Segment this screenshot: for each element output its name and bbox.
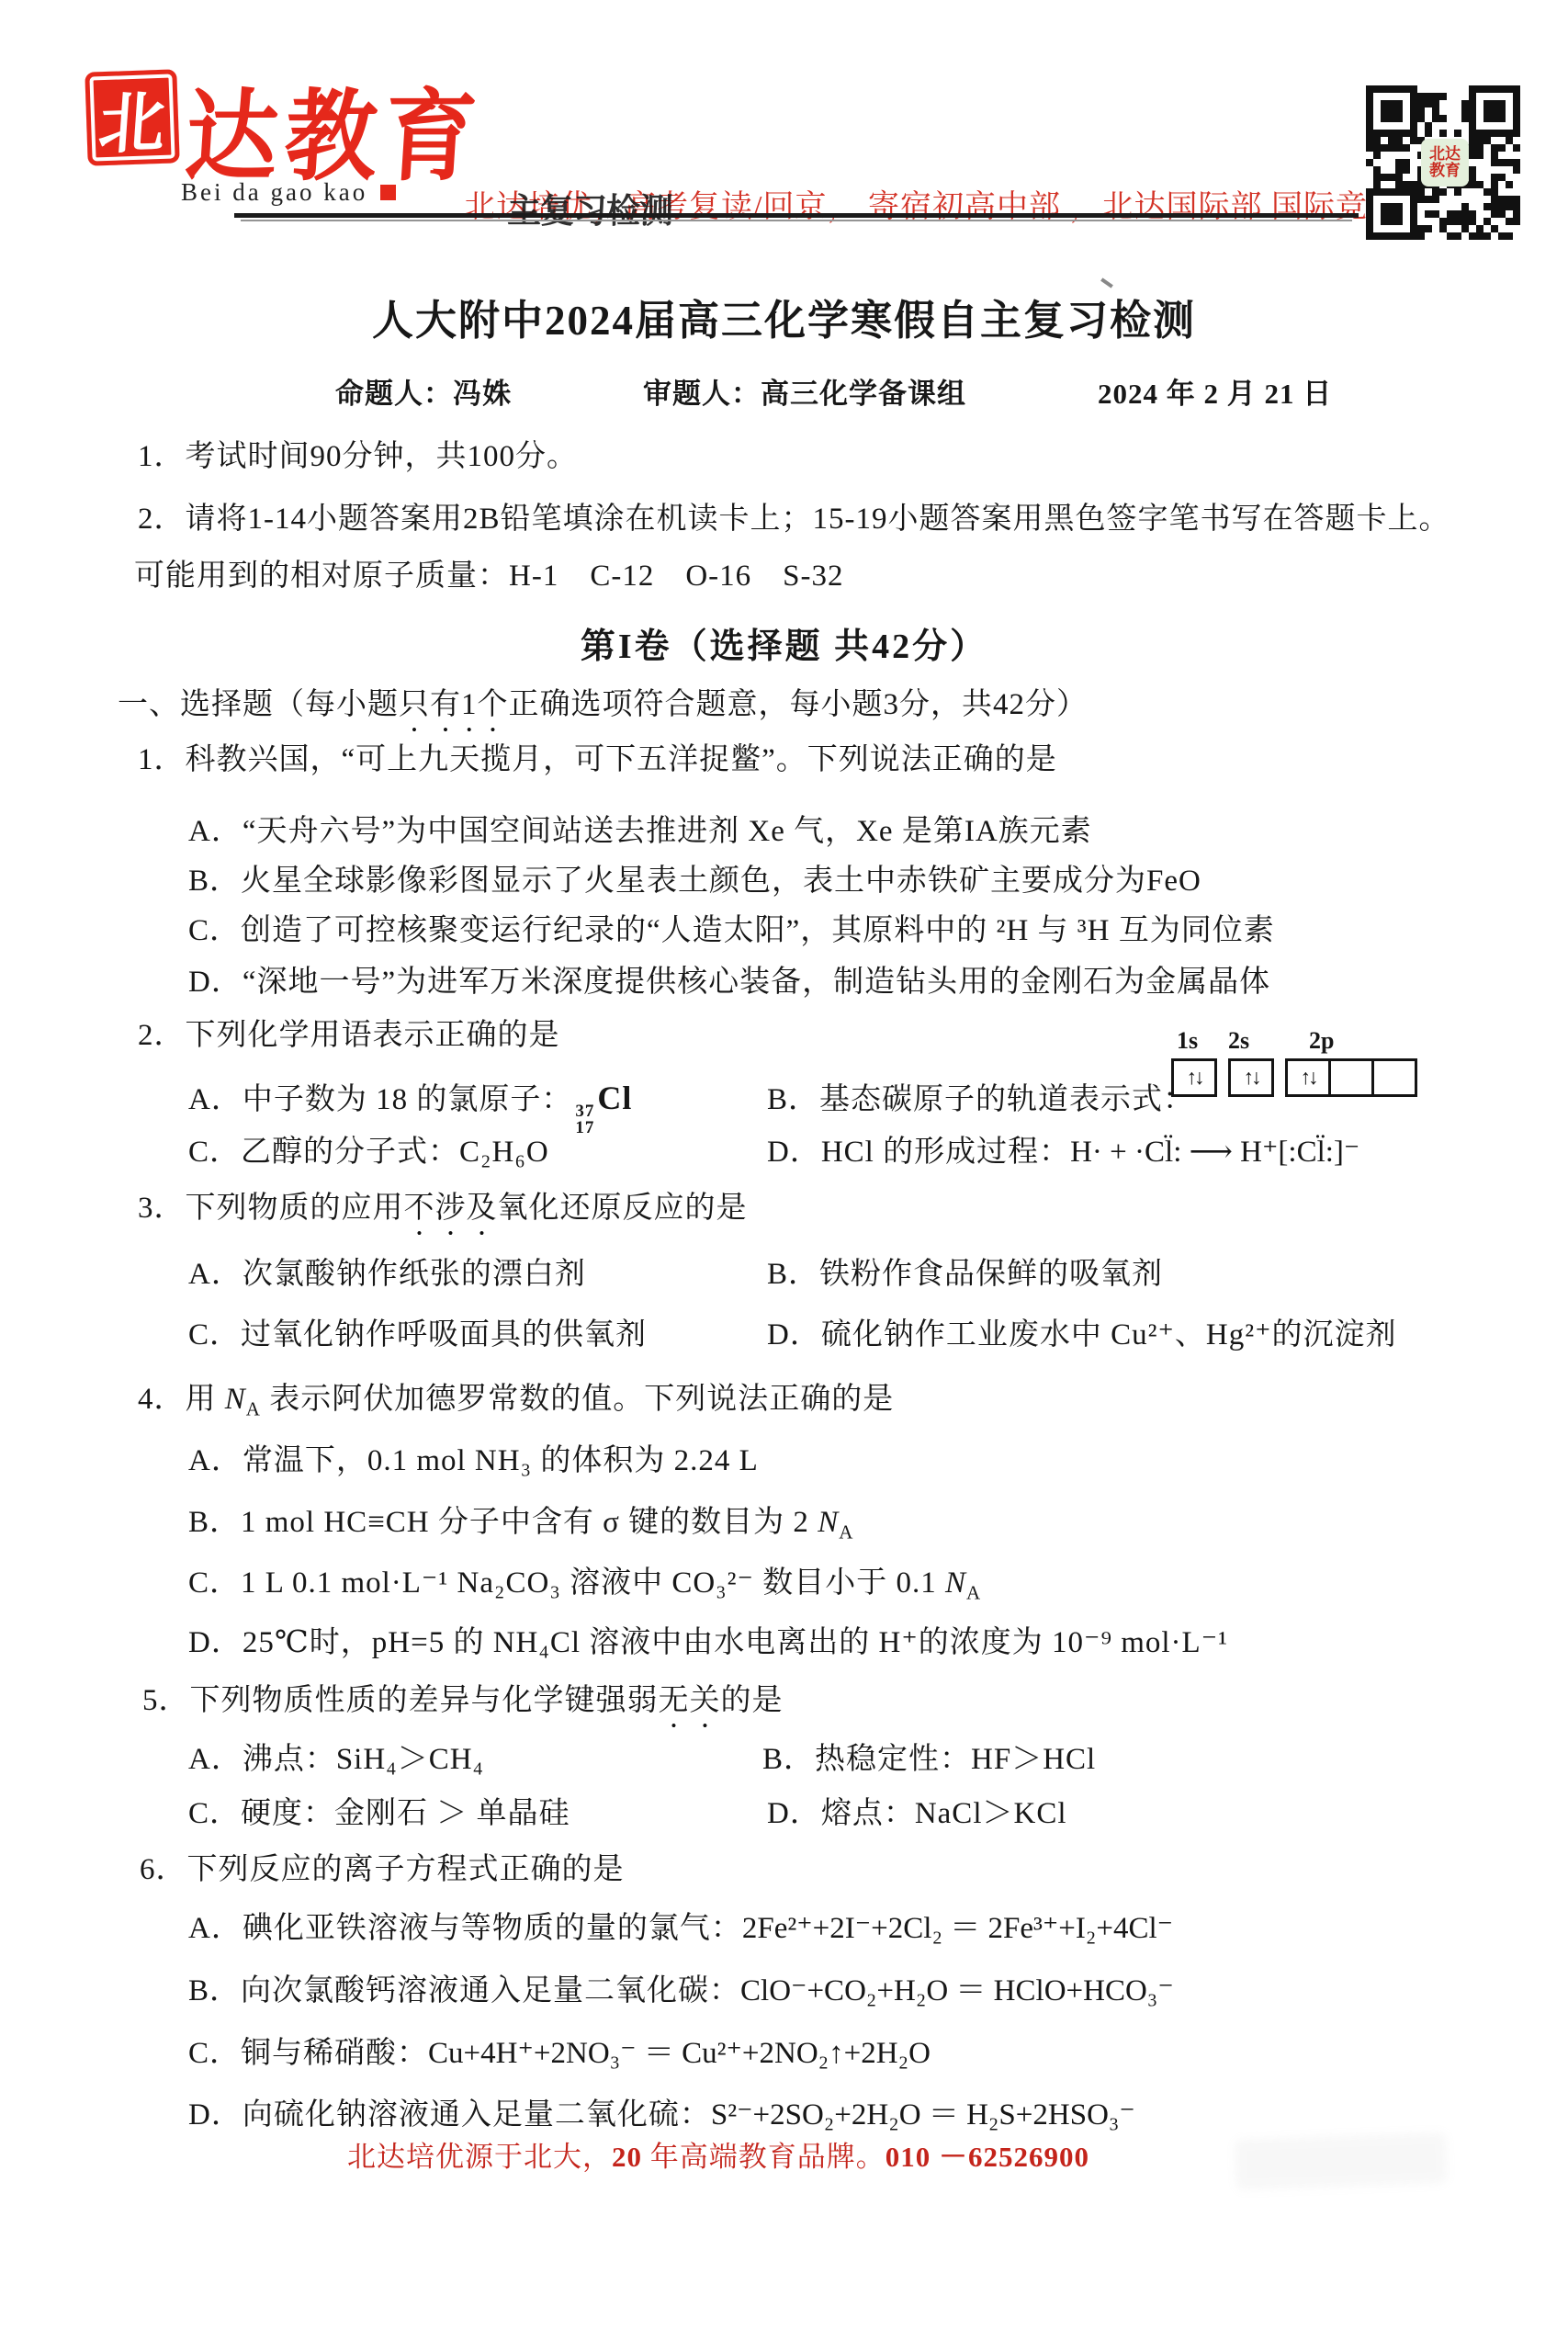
- mcq-intro-pre: 一、选择题（每小题: [118, 688, 399, 721]
- header-rule-shadow: [241, 220, 1352, 221]
- promo-overprint-text: 主复习检测: [507, 183, 672, 232]
- q2-stem: 2．下列化学用语表示正确的是: [138, 1011, 560, 1054]
- q4-option-c-text: C．1 L 0.1 mol·L⁻¹ Na₂CO₃ 溶液中 CO₃²⁻ 数目小于 …: [188, 1566, 945, 1600]
- footer-phone: 010 －62526900: [886, 2141, 1089, 2173]
- isotope-symbol: Cl: [597, 1080, 632, 1116]
- orbital-box-2p2: [1328, 1058, 1374, 1097]
- exam-paper-page: 北 达教育 Bei da gao kao 北达培优，高考复读/回京， 寄宿初高中…: [0, 0, 1568, 2352]
- q3-stem: 3．下列物质的应用不涉及氧化还原反应的是: [138, 1183, 748, 1242]
- notice-2: 2．请将1-14小题答案用2B铅笔填涂在机读卡上；15-19小题答案用黑色签字笔…: [138, 494, 1450, 537]
- orbital-label-1s: 1s: [1177, 1027, 1198, 1055]
- seal-character: 北: [96, 69, 168, 167]
- q4-option-c: C．1 L 0.1 mol·L⁻¹ Na₂CO₃ 溶液中 CO₃²⁻ 数目小于 …: [188, 1558, 981, 1605]
- q2-option-d-text: D．HCl 的形成过程：: [767, 1136, 1070, 1169]
- q6-option-c-text: C．铜与稀硝酸：: [188, 2037, 428, 2070]
- orbital-box-1s: ↑↓: [1171, 1058, 1217, 1097]
- byline-setter: 命题人：冯姝: [335, 370, 512, 412]
- q3-option-a: A．次氯酸钠作纸张的漂白剂: [188, 1249, 586, 1293]
- q6-option-d-text: D．向硫化钠溶液通入足量二氧化硫：: [188, 2098, 711, 2131]
- q6-option-a-equation: 2Fe²⁺+2I⁻+2Cl₂ ＝ 2Fe³⁺+I₂+4Cl⁻: [742, 1912, 1173, 1945]
- orbital-label-2s: 2s: [1228, 1027, 1249, 1055]
- q6-option-a-text: A．碘化亚铁溶液与等物质的量的氯气：: [188, 1912, 742, 1945]
- q6-option-c: C．铜与稀硝酸：Cu+4H⁺+2NO₃⁻ ＝ Cu²⁺+2NO₂↑+2H₂O: [188, 2029, 931, 2072]
- orbital-box-2s: ↑↓: [1228, 1058, 1274, 1097]
- q2-option-a-text: A．中子数为 18 的氯原子：: [188, 1083, 572, 1116]
- brand-seal-logo: 北: [85, 69, 179, 165]
- qr-center-logo: 北达 教育: [1421, 139, 1469, 187]
- q4-option-d: D．25℃时，pH=5 的 NH₄Cl 溶液中由水电离出的 H⁺的浓度为 10⁻…: [188, 1618, 1228, 1661]
- mcq-intro-emphasized: 只有1个: [399, 688, 509, 721]
- avogadro-subscript: A: [966, 1582, 981, 1604]
- q4-stem: 4．用 NA 表示阿伏加德罗常数的值。下列说法正确的是: [138, 1374, 894, 1421]
- q4-option-b: B．1 mol HC≡CH 分子中含有 σ 键的数目为 2 NA: [188, 1498, 853, 1544]
- orbital-diagram-labels: 1s 2s 2p: [1171, 1027, 1392, 1055]
- q6-stem: 6．下列反应的离子方程式正确的是: [140, 1845, 625, 1888]
- header-rule: [234, 213, 1359, 218]
- isotope-atomic-number: 17: [575, 1120, 594, 1136]
- q5-stem-emphasized: 无关: [659, 1684, 721, 1717]
- q1-option-c: C．创造了可控核聚变运行纪录的“人造太阳”，其原料中的 ²H 与 ³H 互为同位…: [188, 906, 1275, 949]
- orbital-box-2p3: [1371, 1058, 1417, 1097]
- scan-watermark: [1235, 2132, 1448, 2190]
- q3-option-c: C．过氧化钠作呼吸面具的供氧剂: [188, 1310, 647, 1353]
- q4-stem-post: 表示阿伏加德罗常数的值。下列说法正确的是: [261, 1383, 894, 1416]
- notice-atomic-mass: 可能用到的相对原子质量：H-1 C-12 O-16 S-32: [134, 551, 843, 594]
- q6-option-c-equation: Cu+4H⁺+2NO₃⁻ ＝ Cu²⁺+2NO₂↑+2H₂O: [428, 2037, 931, 2070]
- q3-option-d: D．硫化钠作工业废水中 Cu²⁺、Hg²⁺的沉淀剂: [767, 1310, 1397, 1353]
- q2-option-b: B．基态碳原子的轨道表示式：: [767, 1075, 1194, 1118]
- q2-option-c: C．乙醇的分子式：C₂H₆O: [188, 1127, 549, 1170]
- notice-1: 1．考试时间90分钟，共100分。: [138, 432, 578, 475]
- brand-pinyin: Bei da gao kao: [181, 178, 396, 207]
- q3-option-b: B．铁粉作食品保鲜的吸氧剂: [767, 1249, 1163, 1293]
- lewis-structure-formula: H· + ·Cl̈: ⟶ H⁺[:Cl̈:]⁻: [1070, 1136, 1359, 1169]
- footer-years: 20: [612, 2141, 642, 2173]
- byline-date: 2024 年 2 月 21 日: [1098, 370, 1332, 412]
- page-title: 人大附中2024届高三化学寒假自主复习检测: [0, 287, 1568, 346]
- avogadro-symbol: N: [945, 1566, 966, 1600]
- q5-stem-post: 的是: [721, 1684, 784, 1717]
- q5-option-a: A．沸点：SiH₄＞CH₄: [188, 1735, 484, 1778]
- section-1-header: 第I卷（选择题 共42分）: [0, 617, 1568, 668]
- q3-stem-pre: 3．下列物质的应用: [138, 1192, 404, 1225]
- avogadro-symbol: N: [818, 1506, 839, 1539]
- footer-text-pre: 北达培优源于北大，: [347, 2141, 612, 2173]
- q6-option-b: B．向次氯酸钙溶液通入足量二氧化碳：ClO⁻+CO₂+H₂O ＝ HClO+HC…: [188, 1966, 1174, 2009]
- q6-option-b-text: B．向次氯酸钙溶液通入足量二氧化碳：: [188, 1974, 740, 2007]
- q6-option-d-equation: S²⁻+2SO₂+2H₂O ＝ H₂S+2HSO₃⁻: [711, 2098, 1135, 2131]
- qr-logo-line1: 北达: [1429, 146, 1461, 163]
- q6-option-d: D．向硫化钠溶液通入足量二氧化硫：S²⁻+2SO₂+2H₂O ＝ H₂S+2HS…: [188, 2090, 1135, 2133]
- q4-stem-pre: 4．用: [138, 1383, 225, 1416]
- q1-option-a: A．“天舟六号”为中国空间站送去推进剂 Xe 气，Xe 是第IA族元素: [188, 807, 1092, 850]
- qr-logo-line2: 教育: [1429, 163, 1461, 179]
- orbital-label-2p: 2p: [1309, 1027, 1334, 1055]
- q1-option-b: B．火星全球影像彩图显示了火星表土颜色，表土中赤铁矿主要成分为FeO: [188, 856, 1201, 899]
- footer-promo: 北达培优源于北大，20 年高端教育品牌。010 －62526900: [347, 2133, 1089, 2175]
- q4-option-a: A．常温下，0.1 mol NH₃ 的体积为 2.24 L: [188, 1436, 759, 1479]
- q5-option-b: B．热稳定性：HF＞HCl: [762, 1735, 1096, 1778]
- q5-option-d: D．熔点：NaCl＞KCl: [767, 1789, 1067, 1832]
- q3-stem-emphasized: 不涉及: [404, 1192, 498, 1225]
- byline-reviewer: 审题人：高三化学备课组: [643, 370, 966, 412]
- q1-stem: 1．科教兴国，“可上九天揽月，可下五洋捉鳖”。下列说法正确的是: [138, 735, 1057, 778]
- mcq-intro-post: 正确选项符合题意，每小题3分，共42分）: [509, 688, 1089, 721]
- avogadro-subscript: A: [839, 1521, 853, 1543]
- q3-stem-post: 氧化还原反应的是: [498, 1192, 748, 1225]
- qr-code: 北达 教育: [1366, 85, 1520, 240]
- brand-pinyin-text: Bei da gao kao: [181, 178, 367, 206]
- orbital-box-2p1: ↑↓: [1285, 1058, 1331, 1097]
- q5-stem: 5．下列物质性质的差异与化学键强弱无关的是: [142, 1676, 784, 1735]
- mcq-instructions: 一、选择题（每小题只有1个正确选项符合题意，每小题3分，共42分）: [118, 680, 1088, 739]
- q5-option-c: C．硬度：金刚石 ＞ 单晶硅: [188, 1789, 570, 1832]
- q4-option-b-text: B．1 mol HC≡CH 分子中含有 σ 键的数目为 2: [188, 1506, 818, 1539]
- avogadro-subscript: A: [246, 1398, 261, 1420]
- isotope-notation: 3717: [575, 1103, 594, 1136]
- orbital-diagram-boxes: ↑↓ ↑↓ ↑↓: [1171, 1058, 1417, 1097]
- footer-text-mid: 年高端教育品牌。: [642, 2141, 886, 2173]
- red-square-icon: [380, 185, 396, 200]
- q6-option-a: A．碘化亚铁溶液与等物质的量的氯气：2Fe²⁺+2I⁻+2Cl₂ ＝ 2Fe³⁺…: [188, 1904, 1173, 1947]
- q6-option-b-equation: ClO⁻+CO₂+H₂O ＝ HClO+HCO₃⁻: [740, 1974, 1174, 2007]
- q2-option-d: D．HCl 的形成过程：H· + ·Cl̈: ⟶ H⁺[:Cl̈:]⁻: [767, 1127, 1359, 1170]
- avogadro-symbol: N: [225, 1383, 246, 1416]
- q5-stem-pre: 5．下列物质性质的差异与化学键强弱: [142, 1684, 659, 1717]
- q1-option-d: D．“深地一号”为进军万米深度提供核心装备，制造钻头用的金刚石为金属晶体: [188, 957, 1270, 1001]
